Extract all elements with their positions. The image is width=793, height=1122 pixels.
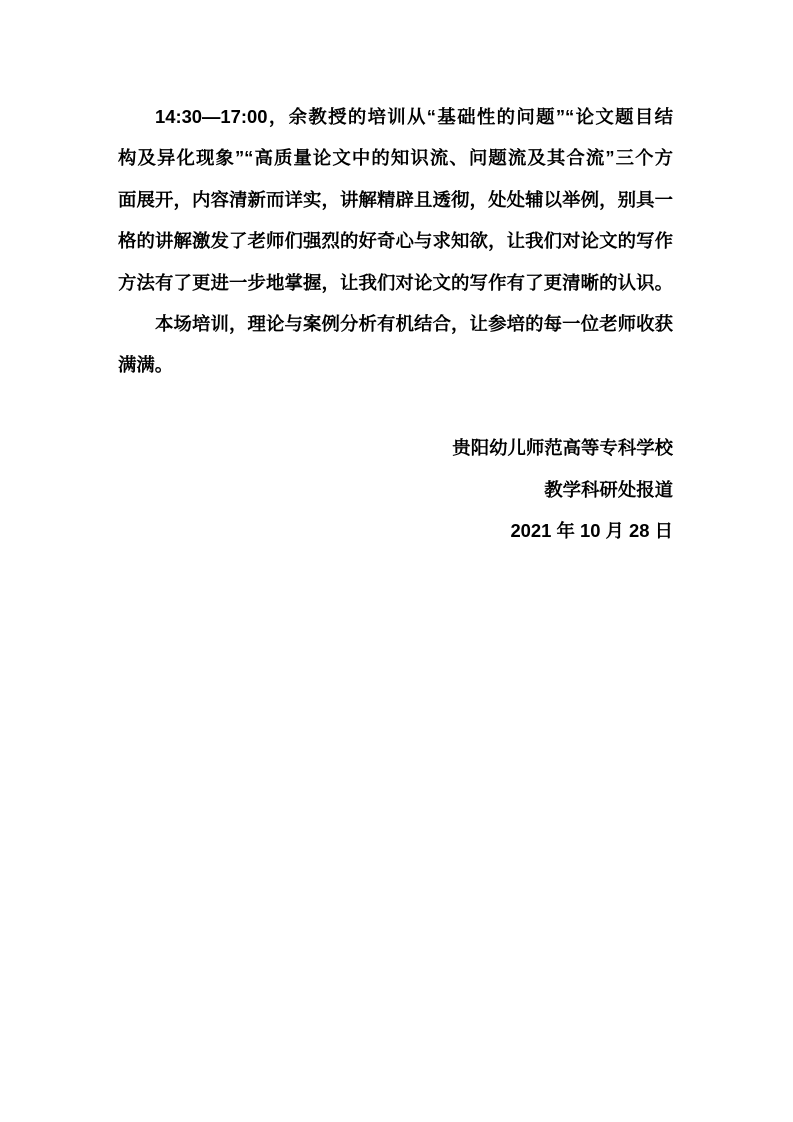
- paragraph-1-line-3: 面展开，内容清新而详实，讲解精辟且透彻，处处辅以举例，别具一: [118, 179, 673, 220]
- signature-department: 教学科研处报道: [118, 469, 673, 510]
- document-body: 14:30—17:00，余教授的培训从“基础性的问题”“论文题目结 构及异化现象…: [118, 96, 673, 551]
- paragraph-1-line-5: 方法有了更进一步地掌握，让我们对论文的写作有了更清晰的认识。: [118, 262, 673, 303]
- paragraph-1-line-4: 格的讲解激发了老师们强烈的好奇心与求知欲，让我们对论文的写作: [118, 220, 673, 261]
- signature-organization: 贵阳幼儿师范高等专科学校: [118, 427, 673, 468]
- blank-line: [118, 386, 673, 427]
- paragraph-1-line-2: 构及异化现象”“高质量论文中的知识流、问题流及其合流”三个方: [118, 137, 673, 178]
- paragraph-2-line-2: 满满。: [118, 344, 673, 385]
- document-page: 14:30—17:00，余教授的培训从“基础性的问题”“论文题目结 构及异化现象…: [0, 0, 793, 1122]
- paragraph-1-line-1: 14:30—17:00，余教授的培训从“基础性的问题”“论文题目结: [118, 96, 673, 137]
- signature-date: 2021 年 10 月 28 日: [118, 510, 673, 551]
- paragraph-2-line-1: 本场培训，理论与案例分析有机结合，让参培的每一位老师收获: [118, 303, 673, 344]
